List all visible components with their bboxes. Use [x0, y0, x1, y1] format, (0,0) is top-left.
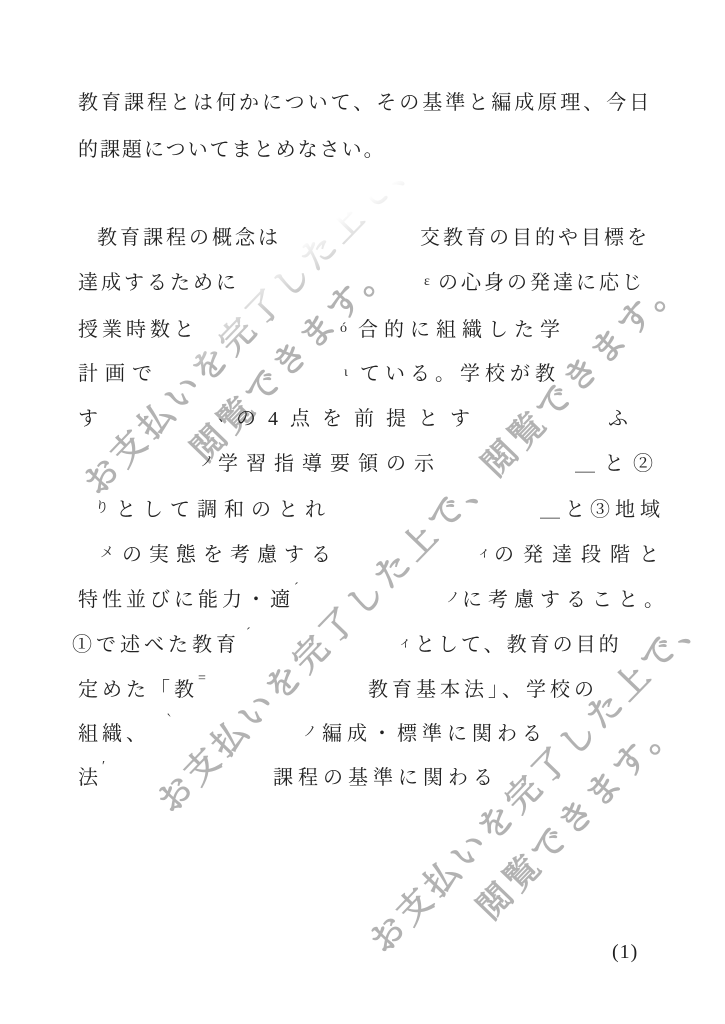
- text-fragment: 学習指導要領の示: [218, 451, 442, 477]
- text-fragment: す: [78, 406, 101, 432]
- text-fragment: 課程の基準に関わる: [273, 765, 498, 791]
- text-fragment: ノ: [200, 454, 214, 472]
- text-fragment: ｀: [162, 714, 176, 732]
- text-fragment: 合的に組織した学: [358, 317, 566, 343]
- text-fragment: 、: [218, 409, 232, 427]
- text-fragment: ている。学校が教: [360, 361, 560, 387]
- text-fragment: 教育基本法」、学校の: [368, 677, 598, 703]
- text-fragment: の心身の発達に応じ: [438, 270, 645, 296]
- text-fragment: り: [95, 500, 109, 518]
- text-fragment: 交教育の目的や目標を: [420, 225, 650, 251]
- text-fragment: として調和のとれ: [116, 497, 332, 523]
- page-number: (1): [612, 941, 638, 964]
- text-fragment: ①で述べた教育: [72, 632, 240, 658]
- text-fragment: 教育課程の概念は: [97, 225, 281, 251]
- text-fragment: ノ: [303, 724, 317, 742]
- text-fragment: 的課題についてまとめなさい。: [78, 137, 386, 163]
- text-fragment: 授業時数と: [78, 317, 198, 343]
- text-fragment: 定めた「教: [78, 677, 198, 703]
- text-fragment: ε: [424, 273, 430, 291]
- text-fragment: の発達段階と: [494, 542, 668, 568]
- text-fragment: ィ: [398, 635, 412, 653]
- text-fragment: ＿と③地域: [540, 497, 665, 523]
- text-fragment: ι: [344, 364, 348, 382]
- text-fragment: 特性並びに能力・適: [78, 587, 294, 613]
- text-fragment: ふ: [608, 406, 631, 432]
- text-fragment: の4点を前提とす: [236, 406, 482, 432]
- text-fragment: 組織、: [78, 721, 150, 747]
- text-fragment: ′: [102, 758, 105, 776]
- text-fragment: 法: [78, 765, 101, 791]
- document-page: お支払いを完了した上で、閲覧できます。お支払いを完了した上で、閲覧できます。お支…: [0, 0, 725, 1024]
- text-fragment: ´: [294, 580, 299, 598]
- text-fragment: ＿と②: [575, 451, 662, 477]
- text-fragment: 編成・標準に関わる: [322, 721, 547, 747]
- text-fragment: 教育課程とは何かについて、その基準と編成原理、今日: [78, 90, 652, 116]
- text-fragment: 計画で: [78, 361, 159, 387]
- text-fragment: に考慮すること。: [462, 587, 670, 613]
- text-fragment: の実態を考慮する: [122, 542, 338, 568]
- text-fragment: ´: [246, 625, 251, 643]
- text-fragment: ó: [340, 320, 347, 338]
- text-fragment: ィ: [477, 545, 491, 563]
- text-fragment: ノ: [446, 590, 460, 608]
- text-fragment: 達成するために: [78, 270, 239, 296]
- text-fragment: メ: [100, 545, 114, 563]
- text-fragment: として、教育の目的: [415, 632, 622, 658]
- text-fragment: =: [198, 670, 206, 688]
